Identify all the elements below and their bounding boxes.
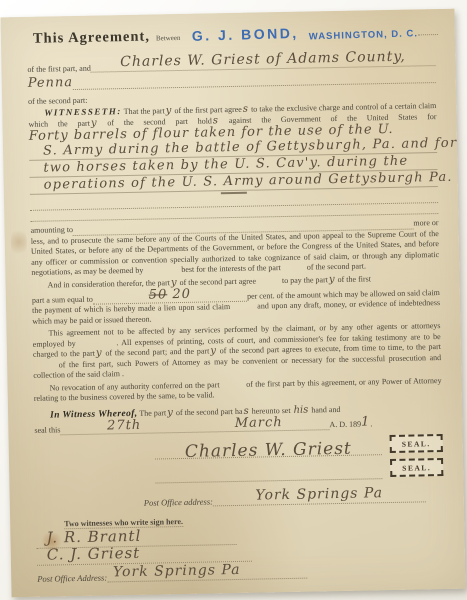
handwritten-dash bbox=[221, 192, 247, 194]
handwritten-year-digit: 1 bbox=[361, 415, 371, 429]
po-address-blank: York Springs Pa bbox=[213, 483, 426, 506]
form-blank bbox=[79, 345, 113, 346]
handwritten-y: y bbox=[166, 407, 174, 418]
year-period: . bbox=[370, 419, 372, 430]
amounting-tail: more or bbox=[413, 218, 438, 229]
consideration-text: to pay the part bbox=[282, 275, 328, 285]
signature-indent bbox=[35, 484, 155, 486]
consideration-text: of the second part agree bbox=[179, 276, 256, 286]
handwritten-day: 27th bbox=[107, 419, 141, 434]
blank-signature-line bbox=[155, 478, 382, 483]
witness-text: of the second part ha bbox=[176, 406, 243, 416]
pencil-mark bbox=[26, 39, 27, 45]
between-label: Between bbox=[156, 34, 181, 42]
services-text: of the second part; and the part bbox=[105, 346, 209, 357]
witness-po-blank: York Springs Pa bbox=[107, 560, 307, 583]
second-part-label: of the second part: bbox=[28, 96, 87, 106]
witness-text: hand and bbox=[311, 404, 340, 414]
age-stain bbox=[10, 225, 27, 259]
witness-signature-2: C. J. Griest bbox=[47, 544, 141, 564]
handwritten-y: y bbox=[95, 348, 103, 359]
claimant-signature: Charles W. Griest bbox=[185, 439, 352, 462]
handwritten-y: y bbox=[90, 117, 98, 128]
handwritten-month: March bbox=[235, 416, 283, 431]
seal-box-2: SEAL. bbox=[390, 458, 443, 477]
consideration-text: of the first bbox=[337, 274, 370, 284]
witnesseth-text: That the part bbox=[124, 106, 165, 116]
witness-po-value: York Springs Pa bbox=[113, 562, 241, 580]
stamp-agent-name: G. J. BOND, bbox=[191, 25, 298, 44]
first-party-name-cont: Penna bbox=[28, 76, 74, 91]
handwritten-y: y bbox=[328, 274, 336, 285]
handwritten-s: s bbox=[242, 405, 249, 416]
seal-box-1: SEAL. bbox=[390, 434, 443, 453]
witnesseth-lead: WITNESSETH: bbox=[44, 106, 122, 117]
struck-percentage: 50 bbox=[149, 287, 168, 302]
header-blank-line bbox=[417, 34, 437, 35]
agent-stamp: G. J. BOND, WASHINGTON, D. C. bbox=[191, 21, 417, 44]
first-party-name: Charles W. Griest of Adams County, bbox=[120, 49, 406, 70]
po-indent bbox=[36, 508, 144, 510]
prosecution-text: best for the interests of the part bbox=[181, 263, 281, 274]
handwritten-y: y bbox=[209, 345, 217, 356]
agreement-document: This Agreement, Between G. J. BOND, WASH… bbox=[0, 9, 465, 598]
handwritten-s: s bbox=[212, 115, 219, 126]
po-address-row: Post Office address: York Springs Pa bbox=[36, 482, 444, 510]
po-address-label: Post Office address: bbox=[144, 496, 213, 507]
first-part-label: of the first part, and bbox=[27, 64, 90, 74]
stamp-agent-city: WASHINGTON, D. C. bbox=[308, 28, 417, 42]
signature-line: Charles W. Griest bbox=[155, 434, 382, 459]
photo-backdrop: This Agreement, Between G. J. BOND, WASH… bbox=[0, 0, 467, 600]
witness-po-label: Post Office Address: bbox=[37, 572, 107, 583]
witnesseth-text: of the first part agree bbox=[174, 105, 242, 115]
seal-this-label: seal this bbox=[34, 425, 60, 436]
po-address-value: York Springs Pa bbox=[255, 485, 383, 503]
witness-text: The part bbox=[139, 408, 166, 418]
year-prefix: A. D. 189 bbox=[329, 419, 361, 430]
prosecution-text: of the second part. bbox=[307, 261, 366, 271]
witness-text: hereunto set bbox=[252, 405, 291, 415]
document-title: This Agreement, bbox=[33, 29, 150, 48]
handwritten-his: his bbox=[292, 404, 309, 415]
agreed-percentage: 20 bbox=[172, 287, 191, 302]
handwritten-y: y bbox=[170, 277, 178, 288]
services-paragraph: This agreement not to be affected by any… bbox=[32, 321, 441, 381]
handwritten-s: s bbox=[242, 104, 249, 115]
prosecution-paragraph: less, and to prosecute the same before a… bbox=[31, 229, 440, 279]
form-blank bbox=[145, 272, 179, 273]
handwritten-y: y bbox=[165, 105, 173, 116]
